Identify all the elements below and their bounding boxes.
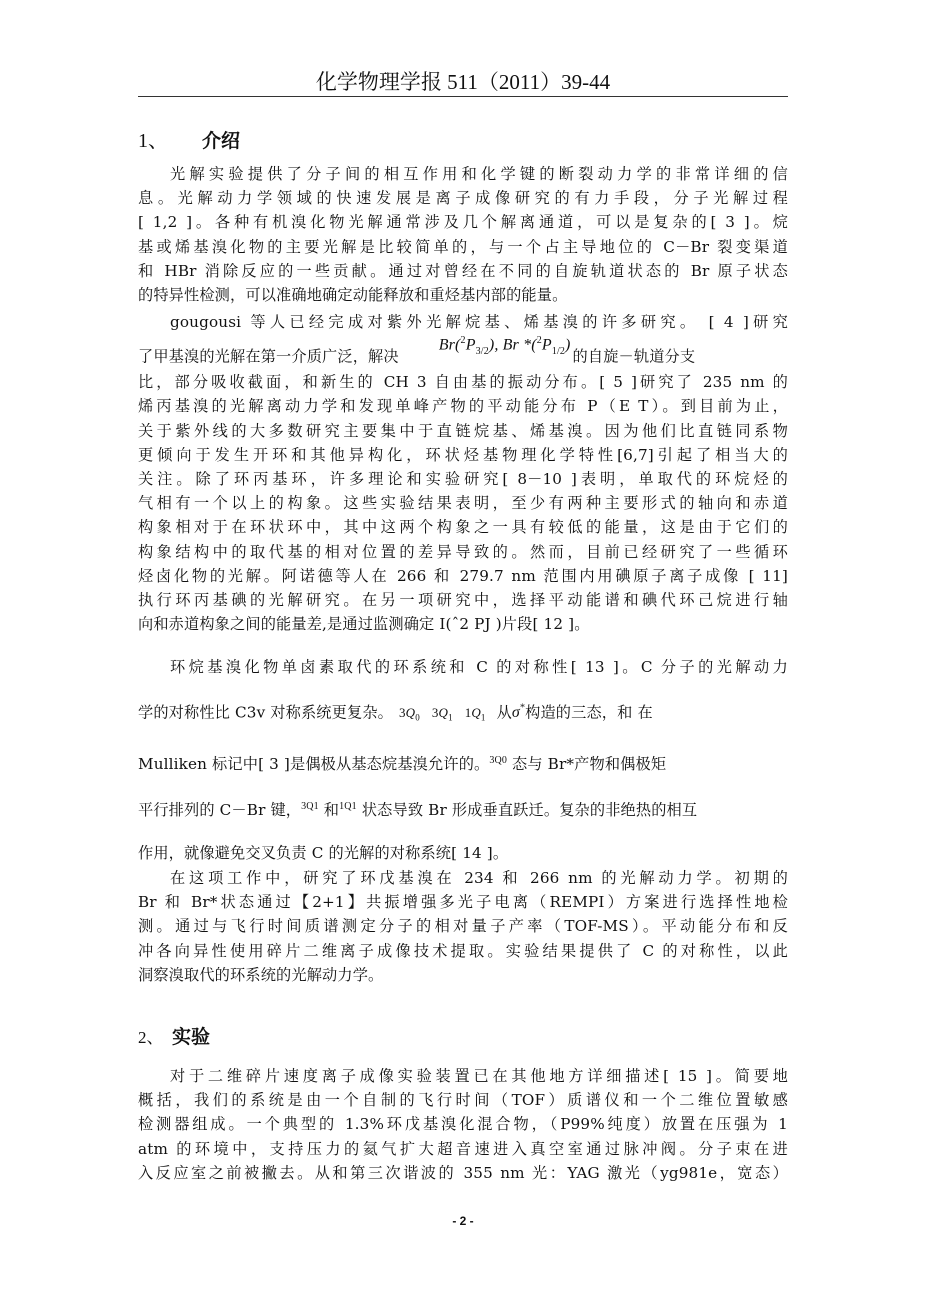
- text-line: 作用，就像避免交叉负责 C 的光解的对称系统[ 14 ]。: [138, 841, 788, 865]
- section-title: 实验: [172, 1026, 210, 1048]
- paragraph-intro-2: gougousi 等人已经完成对紫外光解烷基、烯基溴的许多研究。 [ 4 ]研究…: [138, 310, 788, 636]
- section-heading-intro: 1、介绍: [138, 124, 240, 153]
- text-line: 检测器组成。一个典型的 1.3%环戊基溴化混合物，（P99%纯度）放置在压强为 …: [138, 1112, 788, 1136]
- text-line-with-states: Mulliken 标记中[ 3 ]是偶极从基态烷基溴允许的。3Q0 态与 Br*…: [138, 749, 788, 776]
- text-line: atm 的环境中，支持压力的氦气扩大超音速进入真空室通过脉冲阀。分子束在进: [138, 1137, 788, 1161]
- text-line: 入反应室之前被撇去。从和第三次谐波的 355 nm 光：YAG 激光（yg981…: [138, 1161, 788, 1185]
- bromine-state-formula: Br(2P3/2), Br *(2P1/2): [439, 324, 571, 368]
- text-line: 洞察溴取代的环系统的光解动力学。: [138, 963, 788, 987]
- sigma-star-symbol: σ*: [512, 704, 525, 721]
- text-line: [ 1,2 ]。各种有机溴化物光解通常涉及几个解离通道，可以是复杂的[ 3 ]。…: [138, 210, 788, 234]
- paragraph-experiment-1: 对于二维碎片速度离子成像实验装置已在其他地方详细描述[ 15 ]。简要地 概括，…: [138, 1064, 788, 1185]
- text-line: 气相有一个以上的构象。这些实验结果表明，至少有两种主要形式的轴向和赤道: [138, 491, 788, 515]
- document-page: 化学物理学报 511（2011）39-44 1、介绍 光解实验提供了分子间的相互…: [0, 0, 926, 1309]
- text-line: 对于二维碎片速度离子成像实验装置已在其他地方详细描述[ 15 ]。简要地: [138, 1064, 788, 1088]
- text-line-with-states: 平行排列的 C－Br 键，3Q1 和1Q1 状态导致 Br 形成垂直跃迁。复杂的…: [138, 795, 788, 822]
- text-line: 环烷基溴化物单卤素取代的环系统和 C 的对称性[ 13 ]。C 分子的光解动力: [138, 655, 788, 679]
- text-line: 烃卤化物的光解。阿诺德等人在 266 和 279.7 nm 范围内用碘原子离子成…: [138, 564, 788, 588]
- section-number: 1、: [138, 124, 202, 153]
- text-line: 向和赤道构象之间的能量差,是通过监测确定 I(ˆ2 PJ )片段[ 12 ]。: [138, 612, 788, 636]
- state-1q1: 1Q1: [465, 705, 486, 720]
- text-line: 在这项工作中，研究了环戊基溴在 234 和 266 nm 的光解动力学。初期的: [138, 866, 788, 890]
- text-line: 息。光解动力学领域的快速发展是离子成像研究的有力手段，分子光解过程: [138, 186, 788, 210]
- text-line: 关于紫外线的大多数研究主要集中于直链烷基、烯基溴。因为他们比直链同系物: [138, 419, 788, 443]
- state-3q0: 3Q0: [399, 705, 420, 720]
- paragraph-intro-4: 在这项工作中，研究了环戊基溴在 234 和 266 nm 的光解动力学。初期的 …: [138, 866, 788, 987]
- text-line: 构象相对于在环状环中，其中这两个构象之一具有较低的能量，这是由于它们的: [138, 515, 788, 539]
- text-line-with-formula: 了甲基溴的光解在第一介质广泛，解决Br(2P3/2), Br *(2P1/2)的…: [138, 334, 788, 370]
- text-line: 光解实验提供了分子间的相互作用和化学键的断裂动力学的非常详细的信: [138, 162, 788, 186]
- text-line: 比，部分吸收截面，和新生的 CH 3 自由基的振动分布。[ 5 ]研究了 235…: [138, 370, 788, 394]
- text-line: 执行环丙基碘的光解研究。在另一项研究中，选择平动能谱和碘代环己烷进行轴: [138, 588, 788, 612]
- paragraph-intro-3: 环烷基溴化物单卤素取代的环系统和 C 的对称性[ 13 ]。C 分子的光解动力 …: [138, 655, 788, 865]
- text-line: 冲各向异性使用碎片二维离子成像技术提取。实验结果提供了 C 的对称性，以此: [138, 939, 788, 963]
- journal-header: 化学物理学报 511（2011）39-44: [138, 66, 788, 96]
- text-line: 更倾向于发生开环和其他异构化，环状烃基物理化学特性[6,7]引起了相当大的: [138, 443, 788, 467]
- text-line: 构象结构中的取代基的相对位置的差异导致的。然而，目前已经研究了一些循环: [138, 540, 788, 564]
- text-line: 烯丙基溴的光解离动力学和发现单峰产物的平动能分布 P（E T）。到目前为止，: [138, 394, 788, 418]
- text-line: 概括，我们的系统是由一个自制的飞行时间（TOF）质谱仪和一个二维位置敏感: [138, 1088, 788, 1112]
- page-number: - 2 -: [0, 1214, 926, 1228]
- state-3q1: 3Q1: [432, 705, 453, 720]
- state-3q1: 3Q1: [301, 801, 319, 812]
- text-line: 的特异性检测，可以准确地确定动能释放和重烃基内部的能量。: [138, 283, 788, 307]
- text-line: Br 和 Br*状态通过【2+1】共振增强多光子电离（REMPI）方案进行选择性…: [138, 890, 788, 914]
- text-line-with-states: 学的对称性比 C3v 对称系统更复杂。3Q03Q11Q1 从σ*构造的三态，和 …: [138, 697, 788, 730]
- section-title: 介绍: [202, 130, 240, 152]
- text-line: 基或烯基溴化物的主要光解是比较简单的，与一个占主导地位的 C－Br 裂变渠道: [138, 235, 788, 259]
- text-line: 关注。除了环丙基环，许多理论和实验研究[ 8－10 ]表明，单取代的环烷烃的: [138, 467, 788, 491]
- text-line: 和 HBr 消除反应的一些贡献。通过对曾经在不同的自旋轨道状态的 Br 原子状态: [138, 259, 788, 283]
- header-divider: [138, 96, 788, 97]
- state-1q1: 1Q1: [339, 801, 357, 812]
- state-3q0: 3Q0: [489, 755, 507, 766]
- section-number: 2、: [138, 1023, 172, 1048]
- section-heading-experiment: 2、实验: [138, 1022, 210, 1049]
- paragraph-intro-1: 光解实验提供了分子间的相互作用和化学键的断裂动力学的非常详细的信 息。光解动力学…: [138, 162, 788, 307]
- text-line: 测。通过与飞行时间质谱测定分子的相对量子产率（TOF-MS）。平动能分布和反: [138, 914, 788, 938]
